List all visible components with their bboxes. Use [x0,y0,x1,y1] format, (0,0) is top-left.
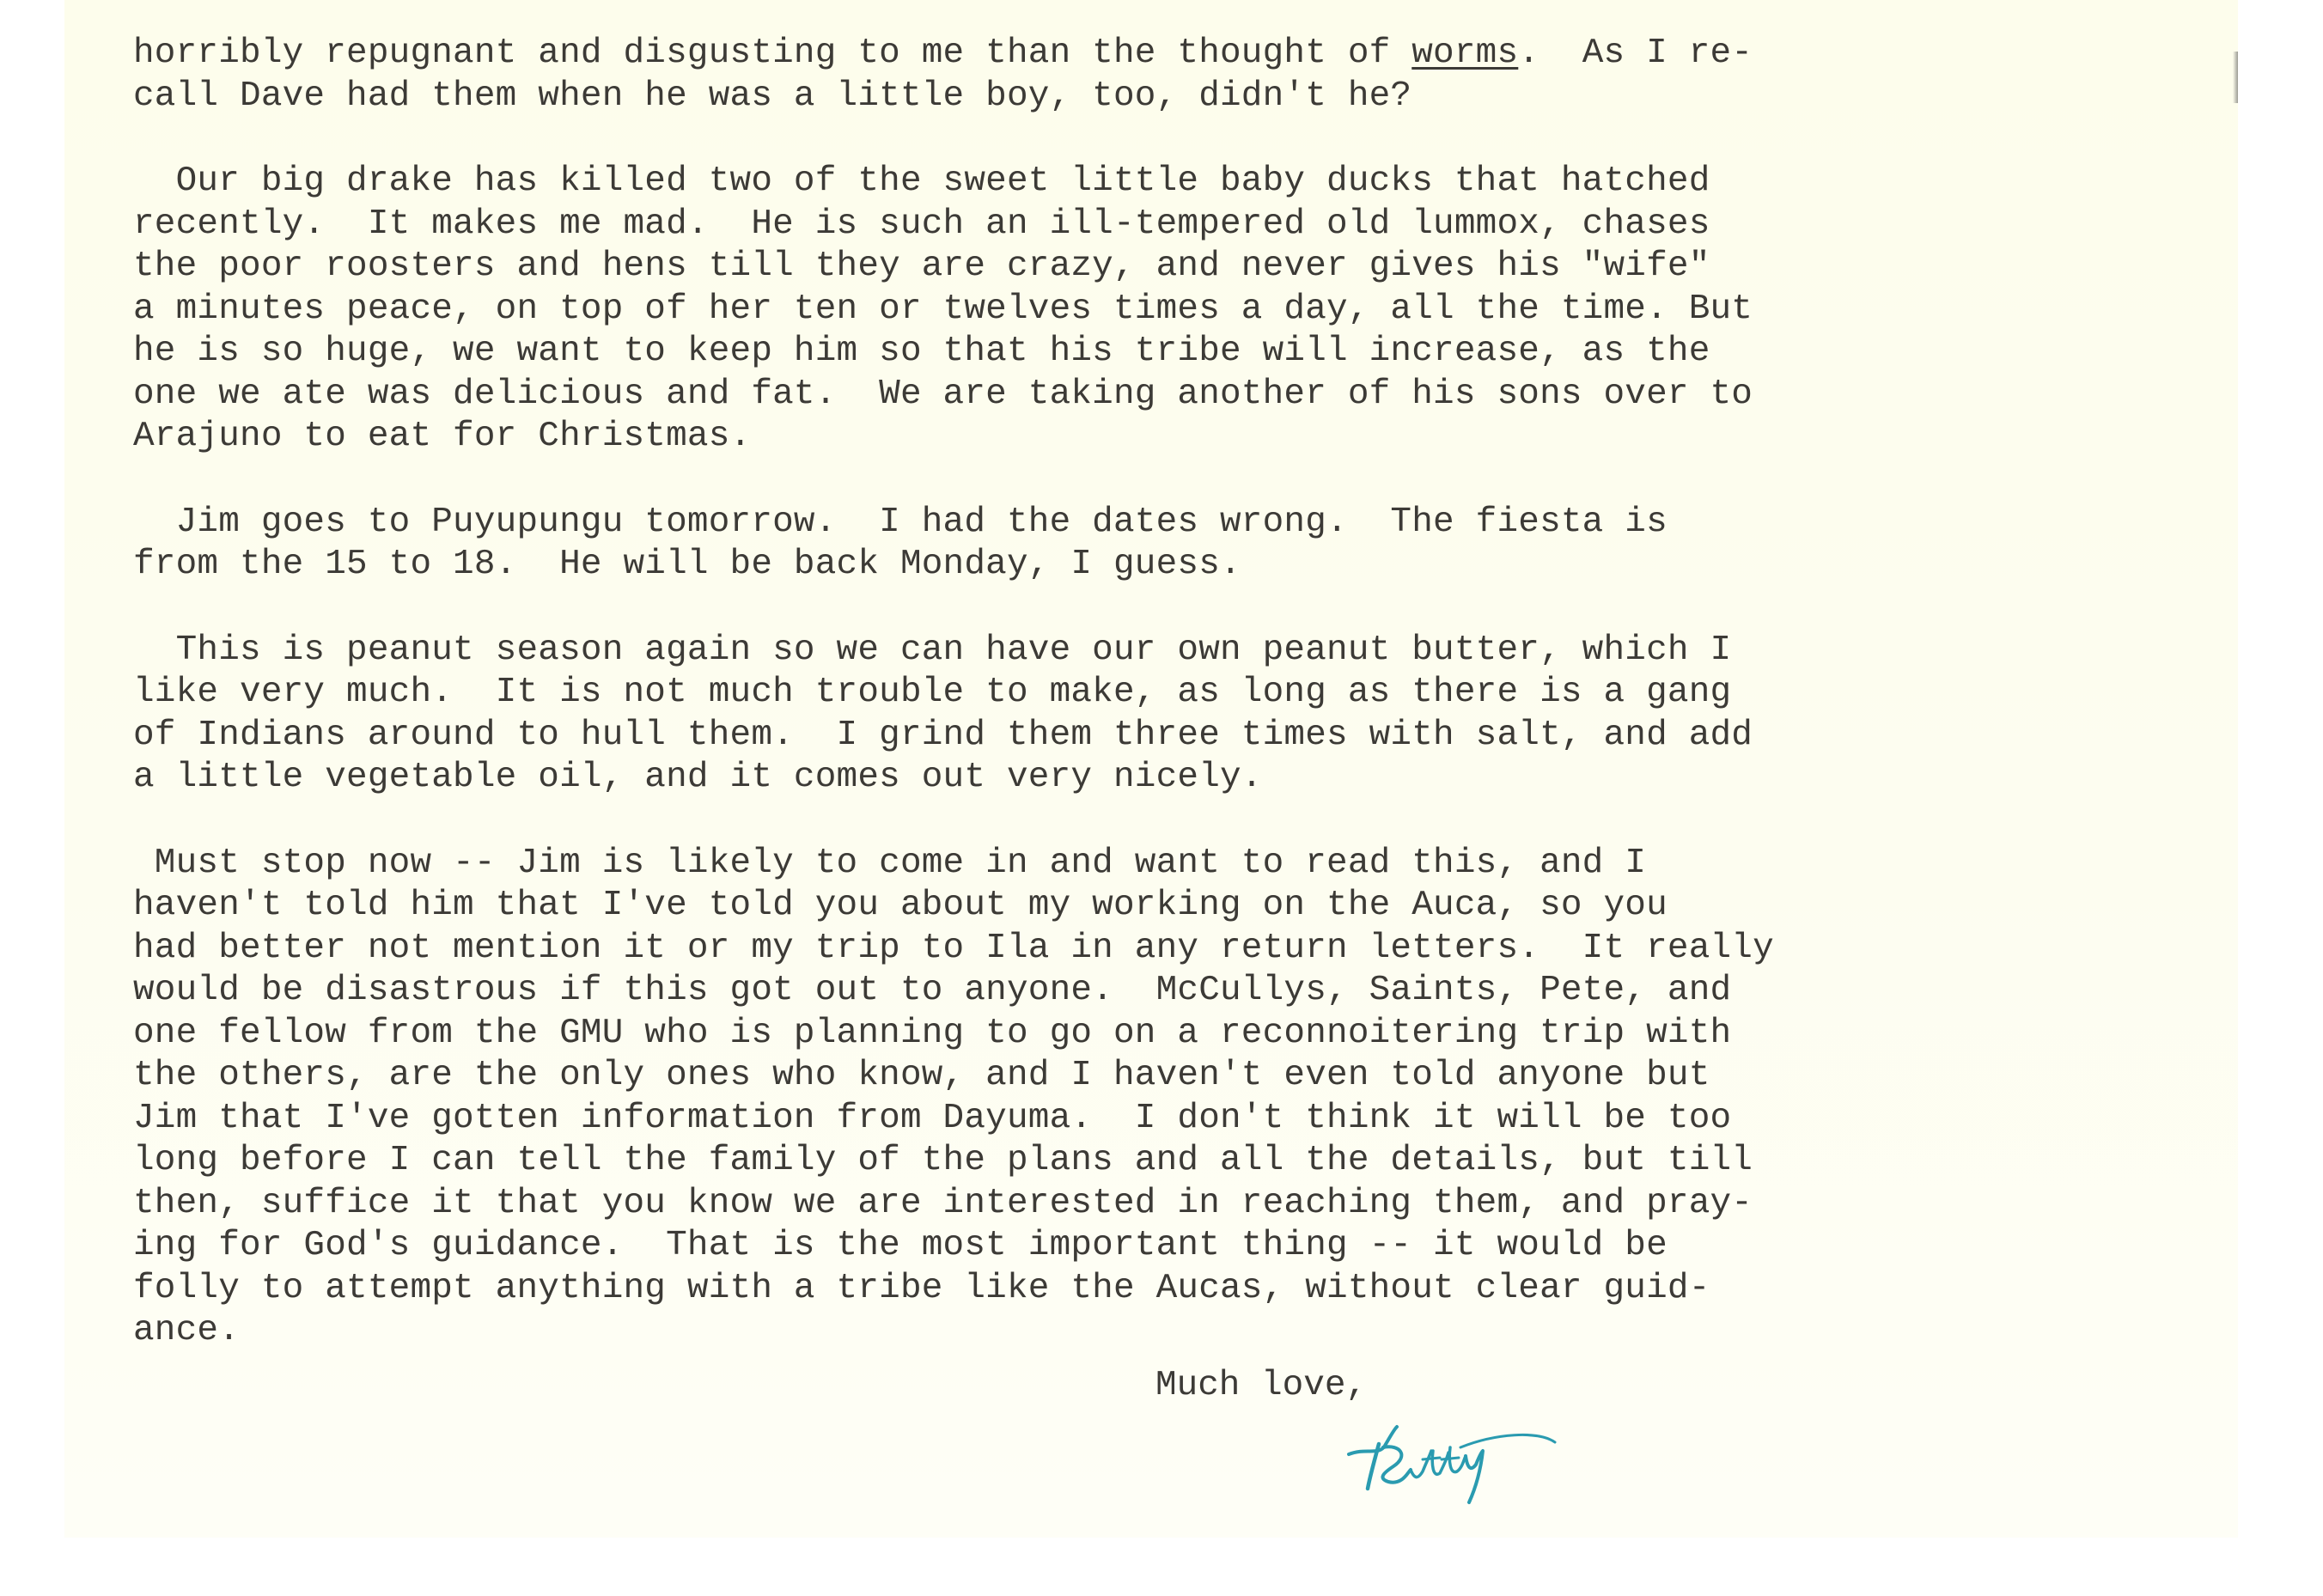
underlined-word: worms [1411,34,1518,73]
text-segment: ing for God's guidance. That is the most… [133,1226,1668,1265]
letter-paragraph: horribly repugnant and disgusting to me … [133,33,2195,118]
typed-line: call Dave had them when he was a little … [133,76,2195,119]
typed-line: the others, are the only ones who know, … [133,1055,2195,1098]
typed-line: Jim that I've gotten information from Da… [133,1098,2195,1141]
typed-line: from the 15 to 18. He will be back Monda… [133,544,2195,587]
text-segment: would be disastrous if this got out to a… [133,971,1731,1010]
handwritten-signature: Betty [1340,1422,1564,1508]
text-segment: one fellow from the GMU who is planning … [133,1014,1731,1053]
typed-line: Jim goes to Puyupungu tomorrow. I had th… [133,502,2195,545]
typed-line: the poor roosters and hens till they are… [133,246,2195,289]
typed-line: a minutes peace, on top of her ten or tw… [133,289,2195,332]
text-segment: Must stop now -- Jim is likely to come i… [133,844,1646,883]
text-segment: the others, are the only ones who know, … [133,1056,1710,1095]
typed-line: then, suffice it that you know we are in… [133,1183,2195,1226]
letter-paragraph: This is peanut season again so we can ha… [133,630,2195,800]
text-segment: This is peanut season again so we can ha… [133,630,1731,670]
typed-line: of Indians around to hull them. I grind … [133,715,2195,758]
text-segment: the poor roosters and hens till they are… [133,247,1710,286]
typed-line: folly to attempt anything with a tribe l… [133,1268,2195,1311]
typed-line: would be disastrous if this got out to a… [133,970,2195,1013]
letter-paragraph: Must stop now -- Jim is likely to come i… [133,843,2195,1353]
text-segment: of Indians around to hull them. I grind … [133,716,1753,755]
text-segment: he is so huge, we want to keep him so th… [133,332,1710,371]
text-segment: recently. It makes me mad. He is such an… [133,204,1710,244]
text-segment: ance. [133,1311,240,1350]
text-segment: horribly repugnant and disgusting to me … [133,34,1411,73]
typed-line: ance. [133,1310,2195,1353]
closing-salutation: Much love, [1155,1366,1367,1405]
typed-line: haven't told him that I've told you abou… [133,885,2195,928]
text-segment: one we ate was delicious and fat. We are… [133,375,1753,414]
text-segment: like very much. It is not much trouble t… [133,673,1731,712]
typed-line: Must stop now -- Jim is likely to come i… [133,843,2195,886]
text-segment: long before I can tell the family of the… [133,1141,1753,1180]
typed-line: he is so huge, we want to keep him so th… [133,331,2195,374]
text-segment: Jim that I've gotten information from Da… [133,1099,1731,1138]
typed-line: had better not mention it or my trip to … [133,928,2195,971]
text-segment: haven't told him that I've told you abou… [133,886,1668,925]
text-segment: Our big drake has killed two of the swee… [133,161,1710,201]
typed-line: one fellow from the GMU who is planning … [133,1013,2195,1056]
typed-line: ing for God's guidance. That is the most… [133,1225,2195,1268]
page-edge-shadow [2233,52,2238,103]
text-segment: from the 15 to 18. He will be back Monda… [133,545,1241,584]
letter-body: horribly repugnant and disgusting to me … [133,33,2195,1396]
typed-line: Our big drake has killed two of the swee… [133,161,2195,204]
letter-paragraph: Our big drake has killed two of the swee… [133,161,2195,459]
text-segment: a minutes peace, on top of her ten or tw… [133,289,1753,329]
letter-paragraph: Jim goes to Puyupungu tomorrow. I had th… [133,502,2195,587]
text-segment: Jim goes to Puyupungu tomorrow. I had th… [133,503,1668,542]
text-segment: had better not mention it or my trip to … [133,929,1774,968]
typed-line: recently. It makes me mad. He is such an… [133,204,2195,247]
typed-line: one we ate was delicious and fat. We are… [133,374,2195,417]
text-segment: call Dave had them when he was a little … [133,76,1411,116]
text-segment: Arajuno to eat for Christmas. [133,417,751,456]
text-segment: . As I re- [1518,34,1753,73]
typed-line: a little vegetable oil, and it comes out… [133,757,2195,800]
text-segment: then, suffice it that you know we are in… [133,1184,1753,1223]
typed-line: like very much. It is not much trouble t… [133,672,2195,715]
text-segment: a little vegetable oil, and it comes out… [133,758,1263,797]
text-segment: folly to attempt anything with a tribe l… [133,1269,1710,1308]
typed-line: Arajuno to eat for Christmas. [133,416,2195,459]
typed-line: horribly repugnant and disgusting to me … [133,33,2195,76]
typed-line: This is peanut season again so we can ha… [133,630,2195,673]
typed-line: long before I can tell the family of the… [133,1140,2195,1183]
signature-betty-icon: Betty [1340,1422,1564,1508]
